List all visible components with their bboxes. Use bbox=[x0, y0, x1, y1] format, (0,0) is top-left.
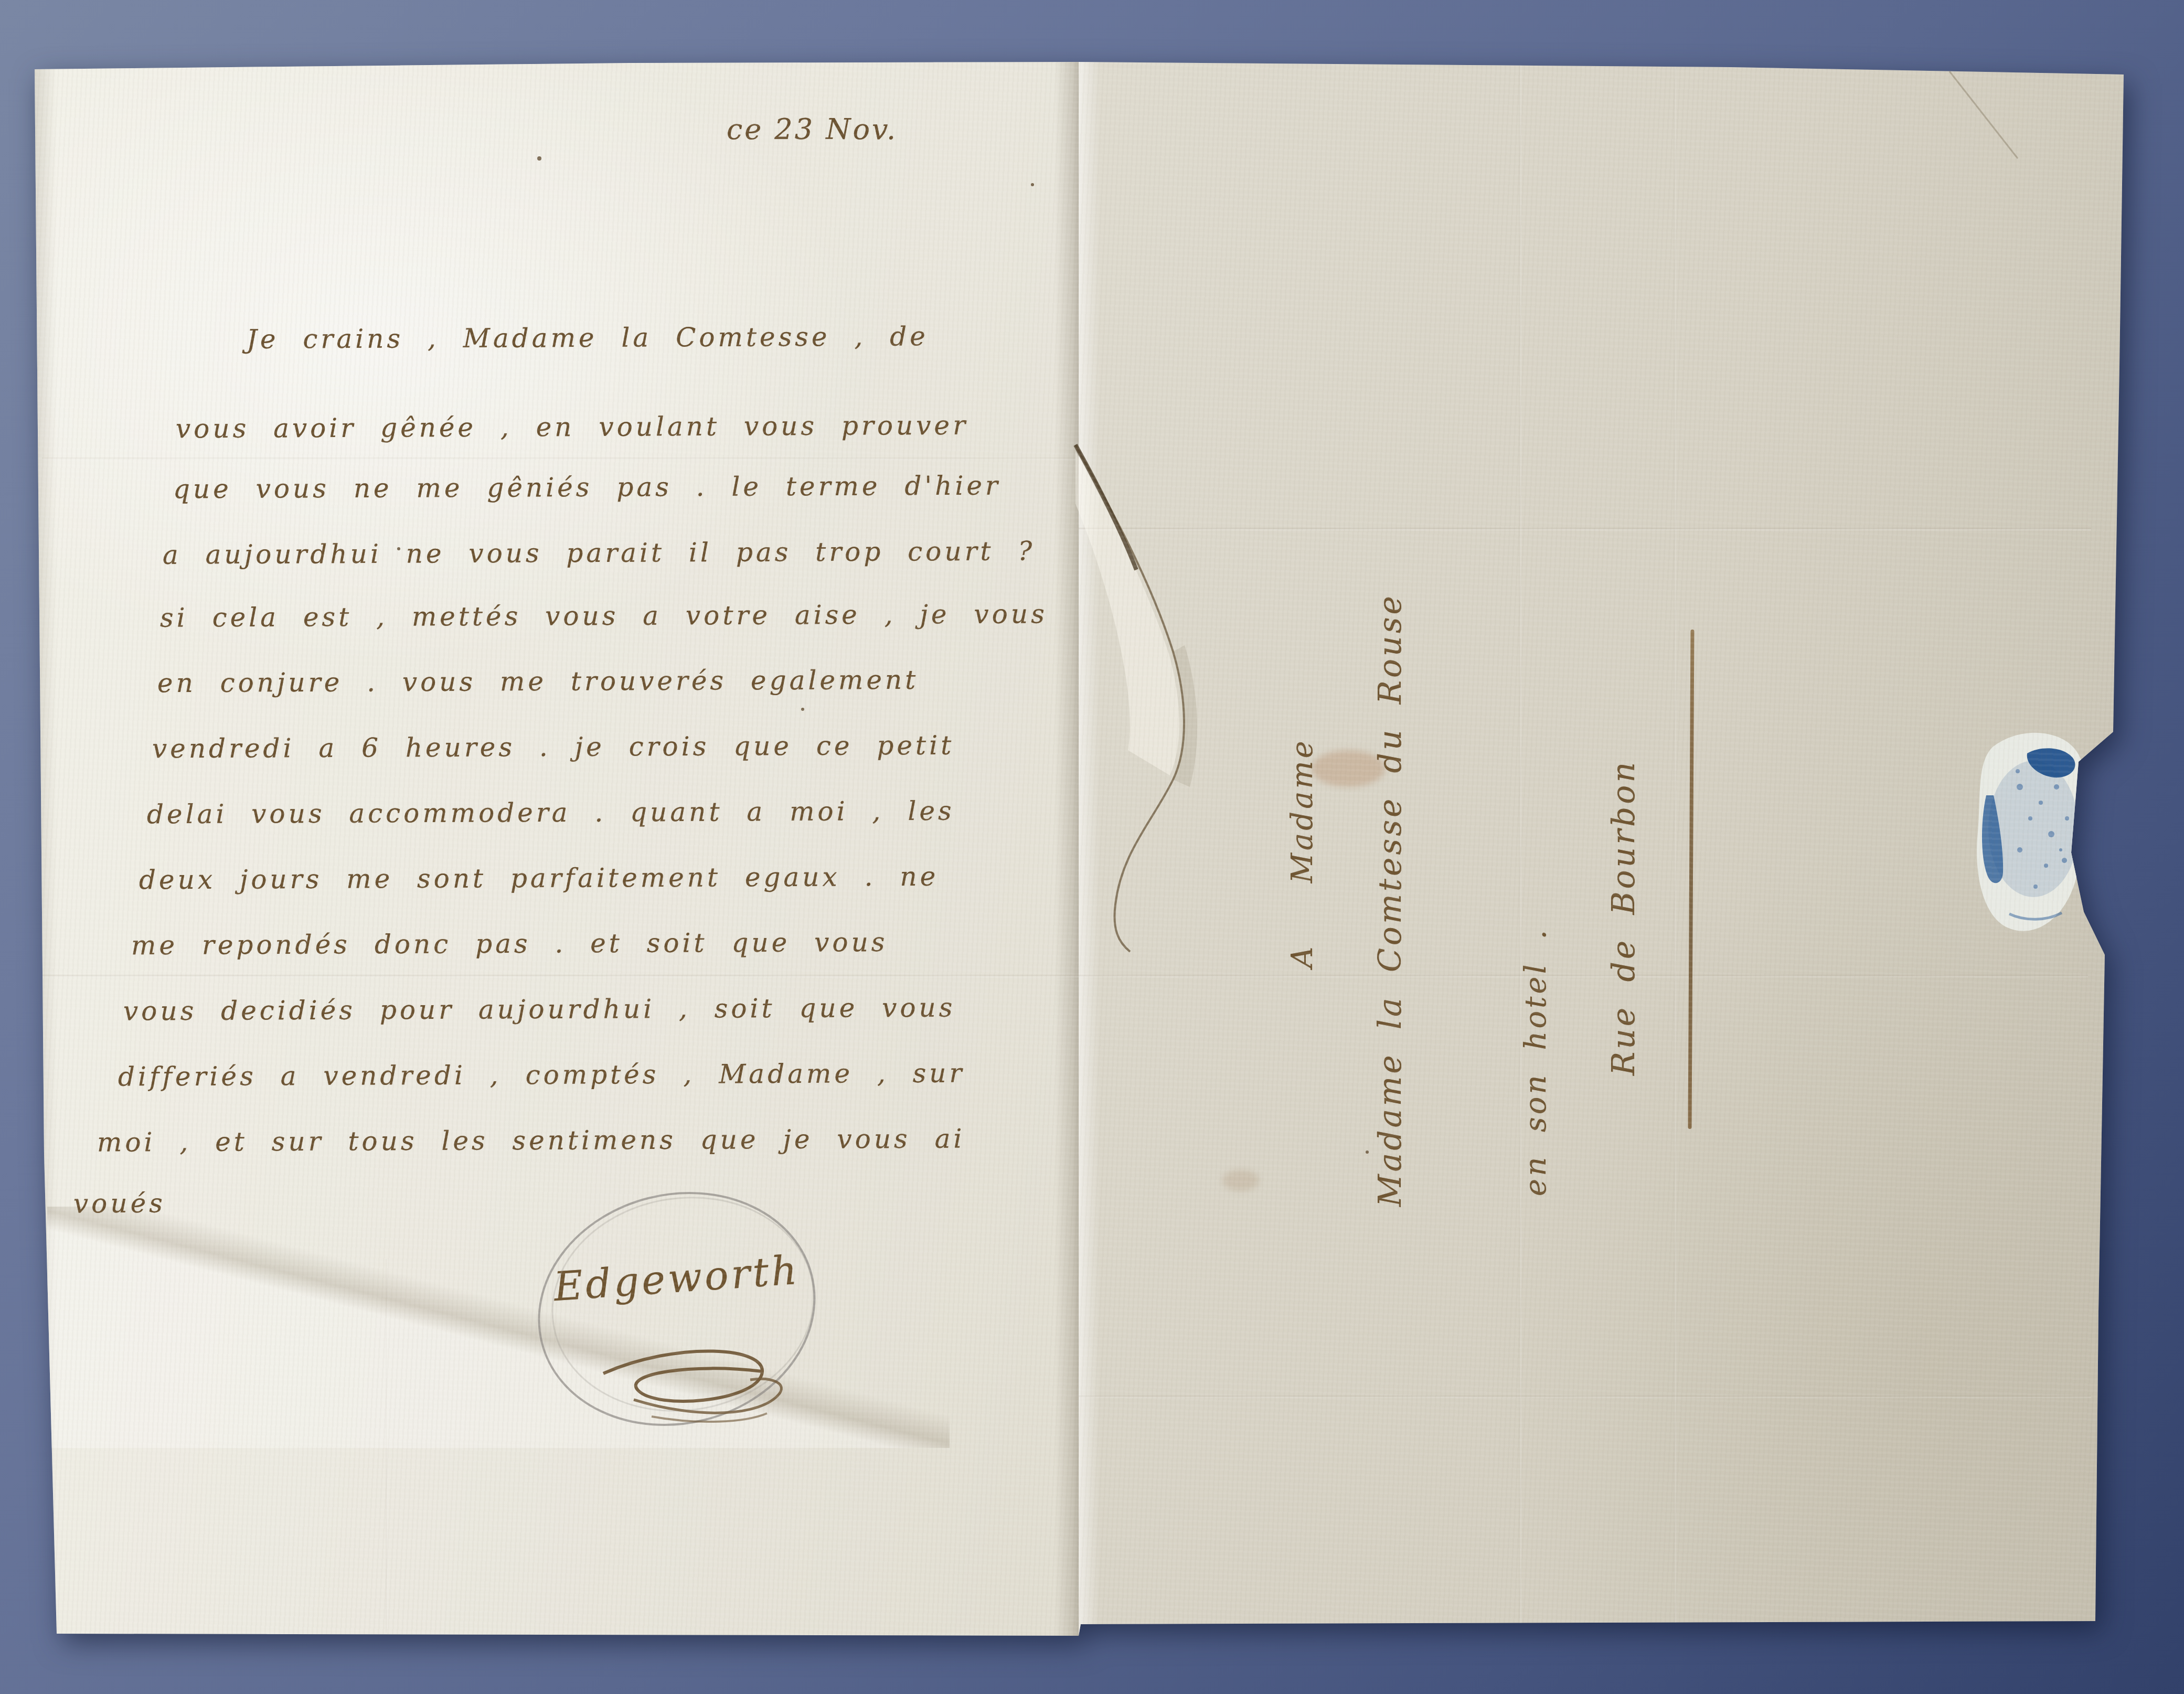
address-line-hotel: en son hotel . bbox=[1519, 928, 1553, 1196]
letter-line-3: que vous ne me gêniés pas . le terme d'h… bbox=[173, 471, 1001, 505]
left-page bbox=[31, 58, 1078, 1639]
photo-background: ce 23 Nov. Je crains , Madame la Comtess… bbox=[0, 0, 2184, 1694]
ink-and-damage-overlay bbox=[0, 0, 2184, 1694]
letter-line-9: deux jours me sont parfaitement egaux . … bbox=[139, 861, 939, 896]
letter-line-14: voués bbox=[73, 1188, 166, 1219]
seal-remnant bbox=[1977, 733, 2087, 931]
address-block: AMadame Madame la Comtesse du Rouse en s… bbox=[1270, 504, 1721, 1270]
foxing-spot bbox=[1222, 1170, 1259, 1191]
signature-paraph bbox=[603, 1351, 781, 1422]
address-word-madame: Madame bbox=[1285, 738, 1319, 883]
diagonal-fold-crease bbox=[47, 1207, 950, 1448]
signature: Edgeworth bbox=[552, 1246, 801, 1311]
left-edge-fold-strip bbox=[33, 67, 57, 1636]
fold-crease-horizontal-left bbox=[42, 457, 1075, 460]
letter-sheet-wrapper: ce 23 Nov. Je crains , Madame la Comtess… bbox=[0, 0, 2184, 1694]
letter-date: ce 23 Nov. bbox=[727, 113, 898, 146]
letter-line-11: vous decidiés pour aujourdhui , soit que… bbox=[123, 993, 956, 1027]
fold-crease-vertical-left-bottom bbox=[386, 1259, 388, 1633]
letter-line-13: moi , et sur tous les sentimens que je v… bbox=[97, 1123, 965, 1157]
letter-line-7: vendredi a 6 heures . je crois que ce pe… bbox=[152, 730, 954, 764]
letter-line-1: Je crains , Madame la Comtesse , de bbox=[247, 321, 929, 355]
corner-crease bbox=[1949, 71, 2018, 158]
letter-line-8: delai vous accommodera . quant a moi , l… bbox=[147, 796, 955, 830]
center-fold-shadow bbox=[1054, 59, 1079, 1637]
address-line-a-madame: AMadame bbox=[1285, 738, 1319, 968]
fold-crease-horizontal-middle bbox=[42, 975, 2088, 977]
fold-crease-horizontal-lower-right bbox=[1079, 1395, 2091, 1398]
letter-line-12: differiés a vendredi , comptés , Madame … bbox=[118, 1058, 965, 1092]
letter-sheet: ce 23 Nov. Je crains , Madame la Comtess… bbox=[0, 0, 2184, 1694]
letter-line-6: en conjure . vous me trouverés egalement bbox=[157, 665, 919, 698]
address-word-a: A bbox=[1285, 944, 1319, 968]
address-line-rue: Rue de Bourbon bbox=[1605, 760, 1642, 1075]
letter-line-5: si cela est , mettés vous a votre aise ,… bbox=[160, 599, 1048, 633]
rue-underline-stroke bbox=[1688, 630, 1695, 1129]
paper-tear bbox=[1075, 445, 1197, 952]
center-fold-highlight bbox=[1079, 59, 1100, 1637]
letter-line-2: vous avoir gênée , en voulant vous prouv… bbox=[176, 410, 968, 444]
letter-line-4: a aujourdhui ne vous parait il pas trop … bbox=[163, 536, 1036, 570]
letter-line-10: me repondés donc pas . et soit que vous bbox=[131, 927, 888, 961]
address-line-comtesse: Madame la Comtesse du Rouse bbox=[1372, 593, 1409, 1207]
